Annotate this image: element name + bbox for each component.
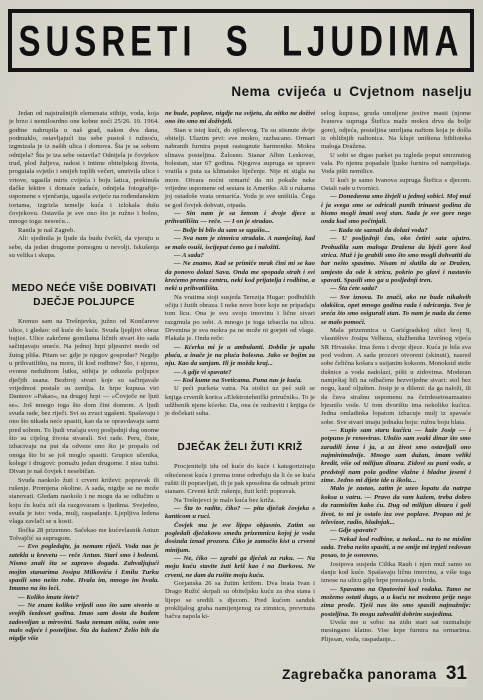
paragraph: — Koliko imate štete?	[9, 594, 159, 602]
paragraph: Uvela me u sobu: na zidu stari sat razma…	[321, 619, 471, 644]
paragraph: Krenuo sam na Trešnjevku, južno od Konča…	[9, 318, 159, 477]
paragraph: Ali: sjedinila je ljude da budu čvršći, …	[9, 235, 159, 260]
paragraph: Mala prizemnica u Garićgradskoj ulici br…	[321, 327, 471, 427]
footer-magazine-name: Zagrebačka panorama	[282, 667, 437, 682]
paragraph: Josipova susjeda Cilika Rauh i njen muž …	[321, 561, 471, 586]
paragraph: — Spavamo na Opatovini kod rodaka. Tamo …	[321, 586, 471, 619]
paragraph: Jedan od najstrašnijih elemenata stihije…	[9, 110, 159, 227]
paragraph: — Ne znam koliko vrijedi ono što sam stv…	[9, 602, 159, 644]
paragraph: U sobi se digao parket pa izgleda poput …	[321, 152, 471, 177]
paragraph: — Evo pogledajte, ja nemam riječi. Voda …	[9, 543, 159, 593]
paragraph: — A gdje vi spavate?	[165, 369, 315, 377]
paragraph: U kući je samo Ivanova supruga Štefica s…	[321, 177, 471, 194]
paragraph: — Gdje spavate?	[321, 527, 471, 535]
paragraph: Na Trešnjevci je malo kuća bez križa.	[165, 497, 315, 505]
text-column-2: ne bude, poplave, nigdje na svijetu, da …	[165, 110, 315, 690]
paragraph: Gorjanska 26 sa žutim križem. Dva brata …	[165, 580, 315, 622]
section-heading: DJEČAK ŽELI ŽUTI KRIŽ	[167, 441, 313, 455]
paragraph: Ranila je naš Zagreb.	[9, 227, 159, 235]
paragraph: — Bolje bi bilo da sam se ugušio...	[165, 227, 315, 235]
masthead-box: SUSRETI S LJUDIMA	[8, 9, 474, 72]
footer-page-number: 31	[446, 663, 467, 685]
paragraph: — Donedavna smo živjeli u jednoj sobici.…	[321, 193, 471, 226]
paragraph: Iločka 28 prizemno. Sačekao me kućevlasn…	[9, 527, 159, 544]
paragraph: — Kada ste saznali da dolazi voda?	[321, 227, 471, 235]
section-heading: MEDO NEĆE VIŠE DOBIVATI DJEČJE POLJUPCE	[11, 282, 157, 309]
page-footer: Zagrebačka panorama 31	[272, 661, 467, 687]
masthead-title: SUSRETI S LJUDIMA	[18, 16, 463, 65]
paragraph: — U posljednji čas, oko četiri sata ujut…	[321, 235, 471, 285]
paragraph: — A sada?	[165, 252, 315, 260]
paragraph: ne bude, poplave, nigdje na svijetu, da …	[165, 110, 315, 127]
text-column-3: selog kupusa, gruda umuljene jestive mas…	[321, 110, 471, 690]
paragraph: — Nekad kod rodbine, a nekad... na to ne…	[321, 536, 471, 561]
article-columns: Jedan od najstrašnijih elemenata stihije…	[9, 110, 474, 690]
paragraph: — Ne znamo. Kad se primiče mrak čini mi …	[165, 260, 315, 293]
paragraph: — Kćerka mi je u ambulanti. Dobila je up…	[165, 344, 315, 369]
paragraph: Svuda naokolo žuti i crveni križevi: pop…	[9, 477, 159, 527]
paragraph: U peći pucketa vatra. Na stolici uz peć …	[165, 385, 315, 418]
paragraph: — Šta to radite, čiko? — pita dječak čov…	[165, 505, 315, 522]
paragraph: Na vratima stoji susjeda Terezija Hugar:…	[165, 294, 315, 344]
magazine-page: { "masthead": { "title": "SUSRETI S LJUD…	[0, 0, 483, 700]
paragraph: — Kod kume na Sveticama. Puna nas je kuć…	[165, 377, 315, 385]
paragraph: Čovjek mu je sve lijepo objasnio. Zatim …	[165, 522, 315, 555]
paragraph: — Sve iznova. To znači, ako ne bude nika…	[321, 294, 471, 327]
article-subtitle: Nema cvijeća u Cvjetnom naselju	[231, 84, 472, 99]
paragraph: — Sin nam je sa ženom i dvoje djece u pr…	[165, 210, 315, 227]
paragraph: selog kupusa, gruda umuljene jestive mas…	[321, 110, 471, 152]
paragraph: Stan u istoj kući, do njihovog. Tu su st…	[165, 127, 315, 210]
paragraph: — Sva nam je zimnica stradala. A namješt…	[165, 235, 315, 252]
paragraph: — Kupio sam staru kućicu — kaže Josip — …	[321, 427, 471, 485]
paragraph: Procjenitelji idu od kuće do kuće i kate…	[165, 463, 315, 496]
paragraph: — Ne, čiko — zgrabi ga dječak za ruku. —…	[165, 555, 315, 580]
paragraph: Malo je zastao, zatim je uzeo lopatu da …	[321, 485, 471, 527]
text-column-1: Jedan od najstrašnijih elemenata stihije…	[9, 110, 159, 690]
paragraph: — Šta ćete sada?	[321, 285, 471, 293]
